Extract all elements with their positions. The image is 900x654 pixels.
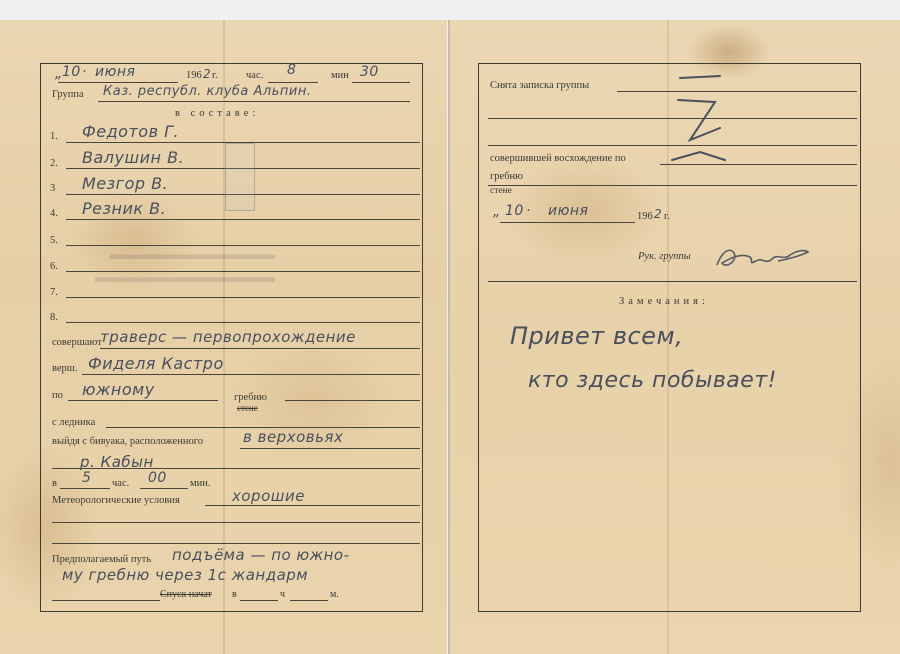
member-line [66,322,420,323]
departure-minute: 00 [148,470,167,486]
descent-minute-label: м. [330,589,339,600]
bleed-through-text: ▬▬▬▬▬▬▬▬▬▬▬▬ [95,270,275,287]
year-suffix: г. [212,70,218,81]
composition-label: в составе: [175,108,259,119]
completes-value: траверс — первопрохождение [100,328,356,346]
right-date-month: июня [548,203,588,219]
member-number: 1. [50,131,58,142]
right-year-suffix: г. [664,211,670,222]
weather-line-3 [52,543,420,544]
member-number: 2. [50,158,58,169]
group-value: Каз. республ. клуба Альпин. [103,84,311,99]
hour-value: 8 [287,62,296,78]
descent-line [52,600,160,601]
descent-hour-line [240,600,278,601]
member-number: 4. [50,208,58,219]
right-year-handwritten: 2 [654,207,662,221]
right-date-day: 10 [505,203,524,219]
planned-route-value-2: му гребню через 1с жандарм [62,566,308,584]
group-line [98,101,410,102]
date-separator: · [82,64,87,80]
weather-line-2 [52,522,420,523]
right-year-printed: 196 [637,211,653,222]
date-line [58,82,178,83]
member-number: 6. [50,261,58,272]
minute-line [352,82,410,83]
member-line [66,245,420,246]
remarks-label: Замечания: [619,296,709,307]
ascent-label: совершившей восхождение по [490,153,626,164]
descent-at-label: в [232,589,237,600]
member-name: Мезгор В. [82,174,168,193]
bivouac-label: выйдя с бивуака, расположенного [52,436,203,447]
departure-hour: 5 [82,470,91,486]
leader-section-divider [488,281,857,282]
bivouac-line-2 [52,468,420,469]
completes-line [100,348,420,349]
hour-label: час. [246,70,263,81]
member-line [66,219,420,220]
route-value: южному [82,380,155,399]
note-taken-label: Снята записка группы [490,80,589,91]
member-name: Резник В. [82,199,166,218]
departure-at-label: в [52,478,57,489]
member-number: 8. [50,312,58,323]
date-month: июня [95,64,135,80]
descent-label-struck: Спуск начат [160,589,212,600]
ascent-ridge-line [488,185,857,186]
bivouac-value-1: в верховьях [243,428,343,446]
departure-minute-label: мин. [190,478,211,489]
leader-signature [712,243,812,273]
planned-route-label: Предполагаемый путь [52,554,151,565]
center-fold [448,20,450,654]
member-name: Валушин В. [82,148,184,167]
departure-hour-line [60,488,110,489]
descent-minute-line [290,600,328,601]
right-date-prefix: „ [493,204,501,220]
route-line [68,400,218,401]
right-date-separator: · [526,203,531,219]
member-number: 3 [50,183,55,194]
member-number: 5. [50,235,58,246]
weather-label: Метеорологические условия [52,495,180,506]
ascent-ridge-label: гребню [490,171,523,182]
bivouac-line-1 [240,448,420,449]
minute-value: 30 [360,64,379,80]
hour-line [268,82,318,83]
year-printed: 196 [186,70,202,81]
minute-label: мин [331,70,349,81]
peak-value: Фиделя Кастро [88,354,224,373]
ascent-line [660,164,857,165]
group-label: Группа [52,89,84,100]
descent-hour-label: ч [280,589,285,600]
right-date-line [500,222,635,223]
ridge-line [285,400,420,401]
wall-label-struck: стене [237,403,258,413]
member-number: 7. [50,287,58,298]
date-day: 10 [62,64,81,80]
weather-value: хорошие [232,487,305,505]
member-line [66,297,420,298]
peak-line [82,374,420,375]
ascent-wall-label: стене [490,186,512,196]
departure-hour-label: час. [112,478,129,489]
completes-label: совершают [52,337,102,348]
stamp-mark [225,143,255,211]
ridge-label: гребню [234,392,267,403]
member-name: Федотов Г. [82,122,179,141]
remarks-line-2: кто здесь побывает! [528,368,777,393]
departure-minute-line [140,488,188,489]
weather-line [205,505,420,506]
planned-route-value-1: подъёма — по южно- [172,546,350,564]
route-label: по [52,390,63,401]
leader-label: Рук. группы [638,251,691,262]
glacier-label: с ледника [52,417,95,428]
peak-label: верш. [52,363,78,374]
member-line [66,271,420,272]
year-handwritten: 2 [203,67,211,81]
remarks-line-1: Привет всем, [510,322,683,350]
bleed-through-text: ▬▬▬▬▬▬▬▬▬▬▬ [110,247,275,264]
